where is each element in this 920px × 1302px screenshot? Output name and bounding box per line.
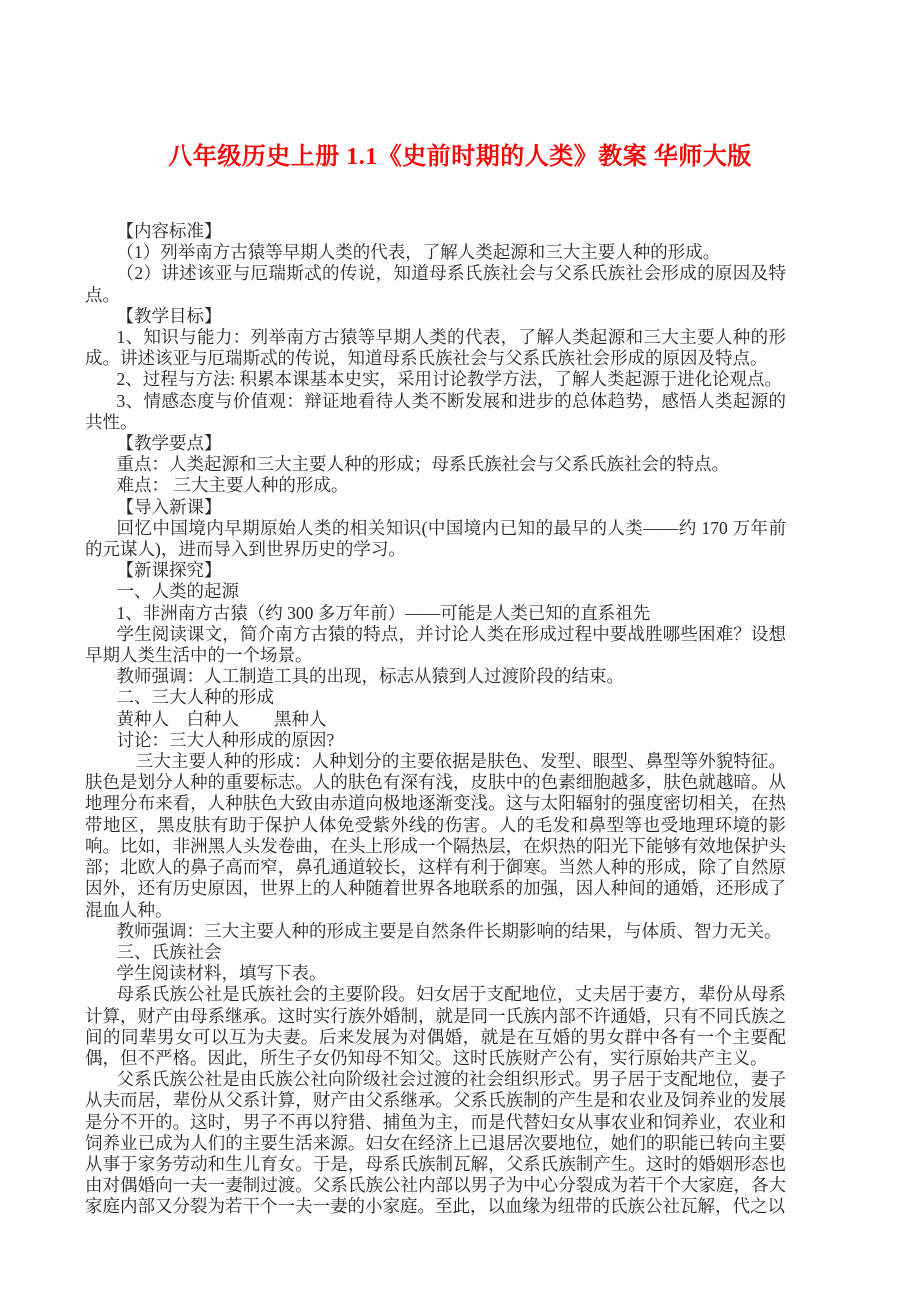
paragraph: （1）列举南方古猿等早期人类的代表，了解人类起源和三大主要人种的形成。	[85, 242, 786, 263]
document-title: 八年级历史上册 1.1《史前时期的人类》教案 华师大版	[0, 141, 920, 173]
paragraph: 三大主要人种的形成：人种划分的主要依据是肤色、发型、眼型、鼻型等外貌特征。肤色是…	[85, 751, 786, 921]
paragraph: 难点： 三大主要人种的形成。	[85, 475, 786, 496]
document-body: 【内容标准】（1）列举南方古猿等早期人类的代表，了解人类起源和三大主要人种的形成…	[85, 221, 786, 1218]
paragraph: 黄种人 白种人 黑种人	[85, 709, 786, 730]
paragraph: （2）讲述该亚与厄瑞斯忒的传说，知道母系氏族社会与父系氏族社会形成的原因及特点。	[85, 263, 786, 305]
paragraph: 1、知识与能力：列举南方古猿等早期人类的代表，了解人类起源和三大主要人种的形成。…	[85, 327, 786, 369]
document-page: 八年级历史上册 1.1《史前时期的人类》教案 华师大版 【内容标准】（1）列举南…	[0, 0, 920, 1302]
paragraph: 2、过程与方法: 积累本课基本史实，采用讨论教学方法，了解人类起源于进化论观点。	[85, 369, 786, 390]
paragraph: 二、三大人种的形成	[85, 687, 786, 708]
paragraph: 3、情感态度与价值观：辩证地看待人类不断发展和进步的总体趋势，感悟人类起源的共性…	[85, 391, 786, 433]
paragraph: 父系氏族公社是由氏族公社向阶级社会过渡的社会组织形式。男子居于支配地位，妻子从夫…	[85, 1069, 786, 1217]
paragraph: 学生阅读课文，简介南方古猿的特点，并讨论人类在形成过程中要战胜哪些困难？设想早期…	[85, 624, 786, 666]
paragraph: 【教学目标】	[85, 306, 786, 327]
paragraph: 【内容标准】	[85, 221, 786, 242]
paragraph: 【教学要点】	[85, 433, 786, 454]
paragraph: 学生阅读材料，填写下表。	[85, 963, 786, 984]
paragraph: 教师强调：三大主要人种的形成主要是自然条件长期影响的结果，与体质、智力无关。	[85, 921, 786, 942]
paragraph: 【导入新课】	[85, 497, 786, 518]
paragraph: 1、非洲南方古猿（约 300 多万年前）——可能是人类已知的直系祖先	[85, 603, 786, 624]
paragraph: 重点：人类起源和三大主要人种的形成；母系氏族社会与父系氏族社会的特点。	[85, 454, 786, 475]
paragraph: 母系氏族公社是氏族社会的主要阶段。妇女居于支配地位，丈夫居于妻方，辈份从母系计算…	[85, 984, 786, 1069]
paragraph: 一、人类的起源	[85, 581, 786, 602]
paragraph: 教师强调：人工制造工具的出现，标志从猿到人过渡阶段的结束。	[85, 666, 786, 687]
paragraph: 【新课探究】	[85, 560, 786, 581]
paragraph: 讨论：三大人种形成的原因?	[85, 730, 786, 751]
paragraph: 回忆中国境内早期原始人类的相关知识(中国境内已知的最早的人类——约 170 万年…	[85, 518, 786, 560]
paragraph: 三、氏族社会	[85, 942, 786, 963]
